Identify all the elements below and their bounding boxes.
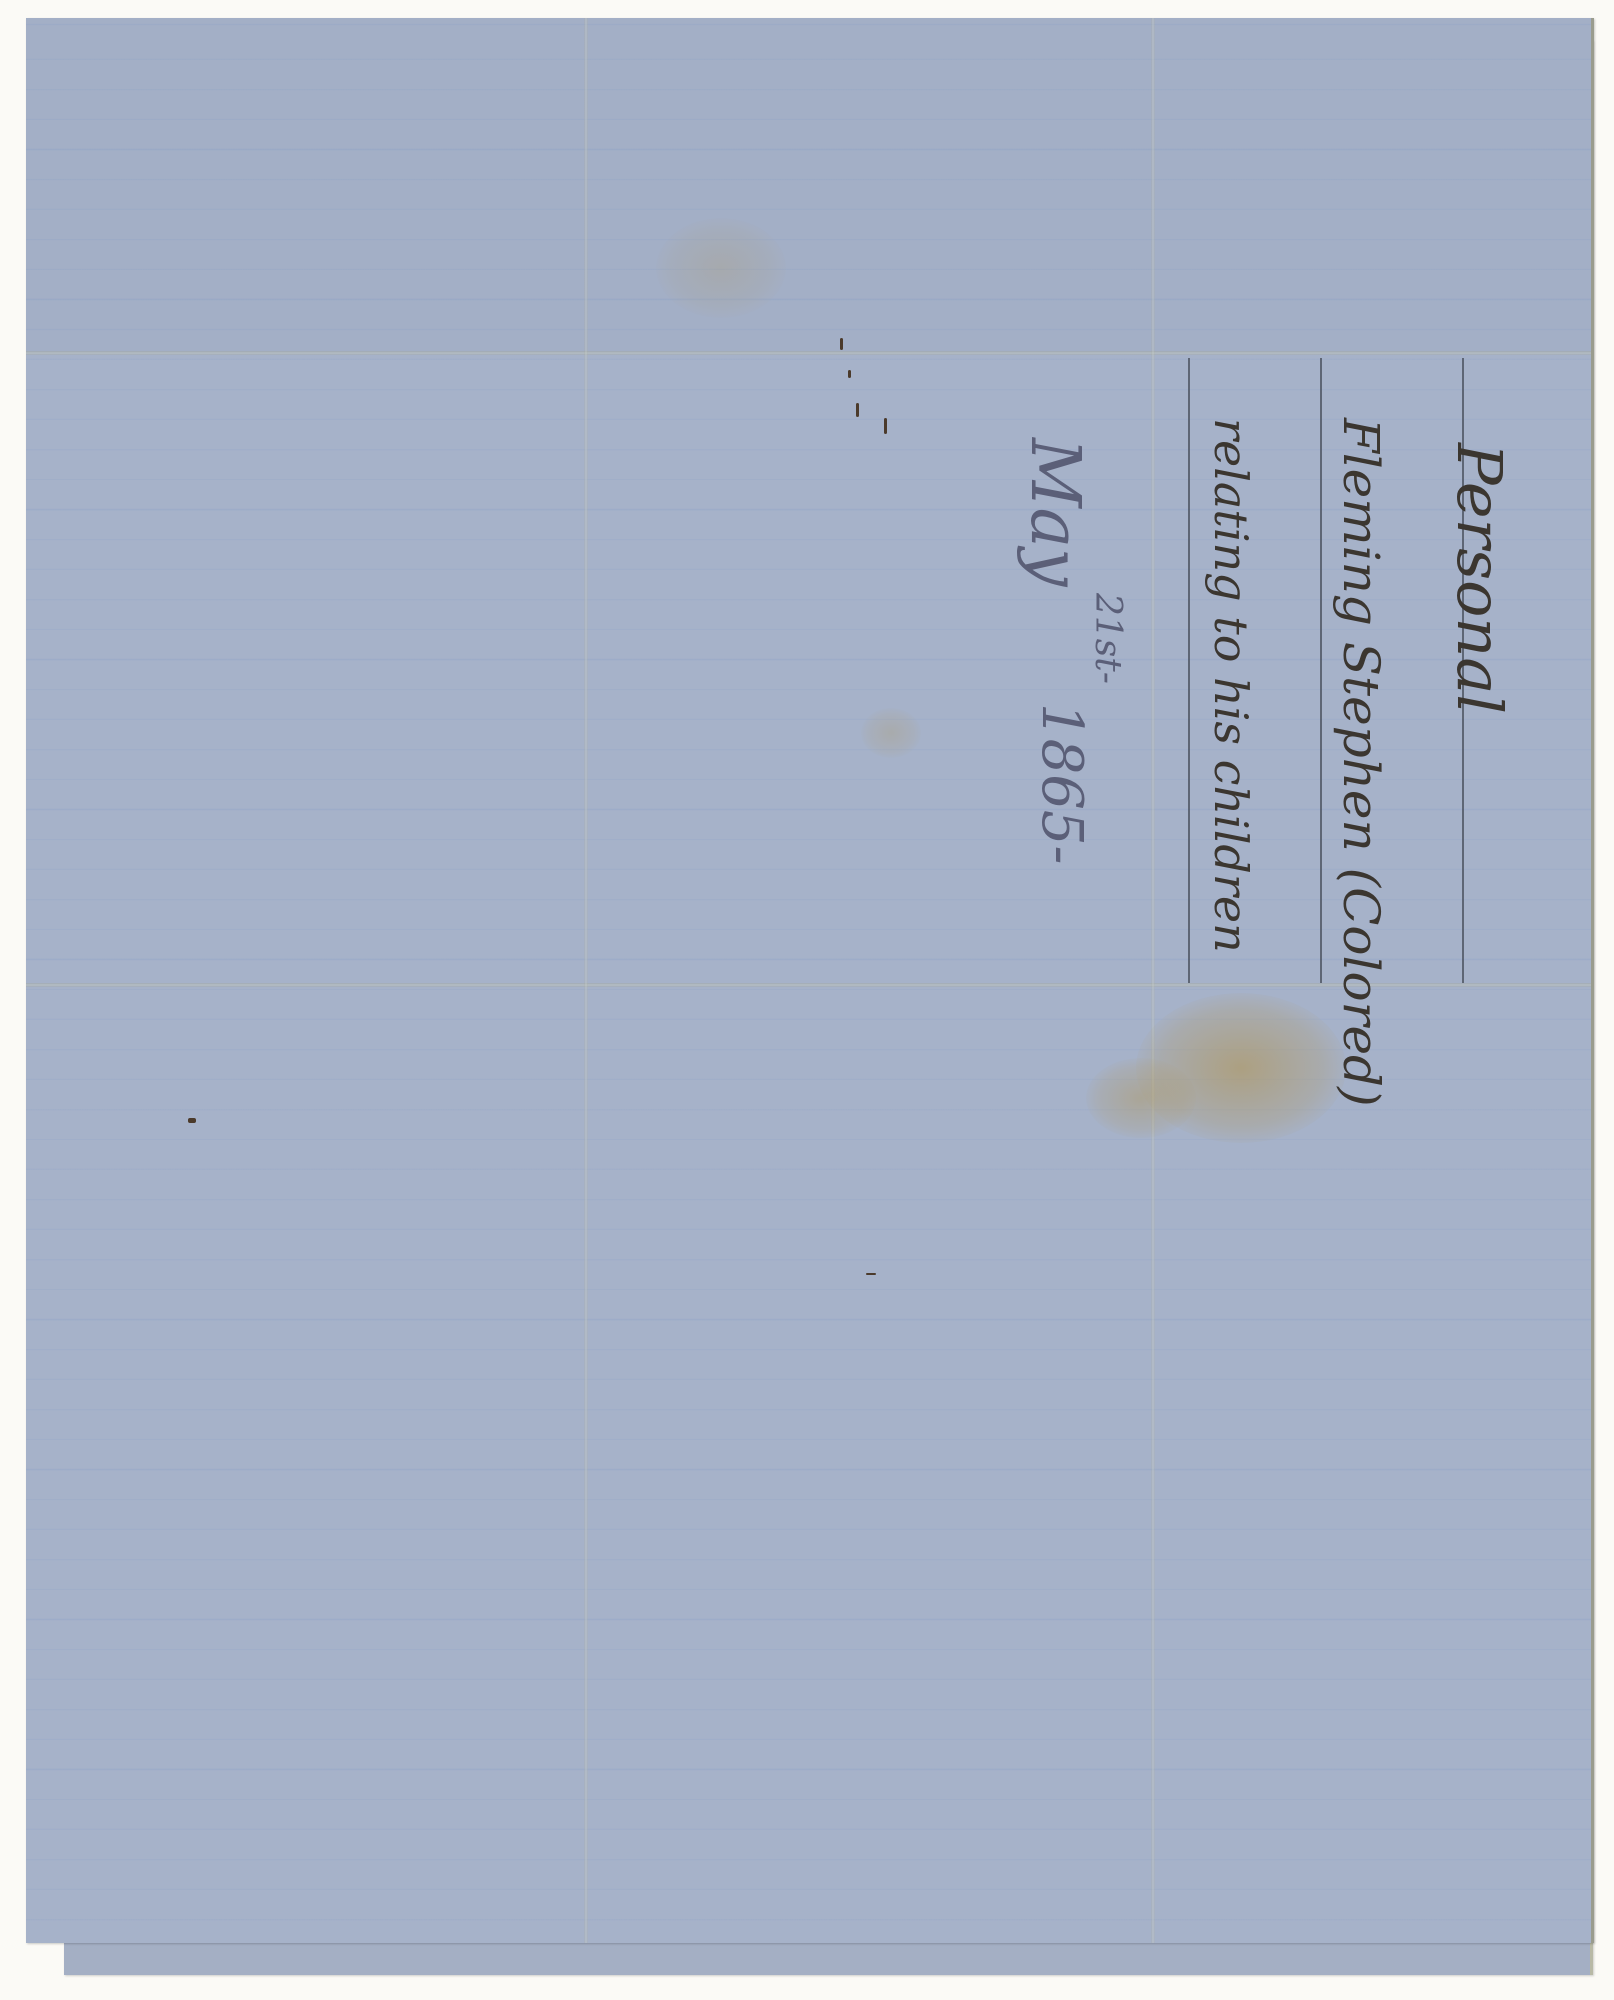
water-stain-small: [1086, 1058, 1196, 1138]
faint-stain-top: [656, 218, 786, 318]
ink-speck: [840, 338, 843, 350]
docket-rule-left: [1188, 358, 1190, 983]
docket-line-subject: relating to his children: [1204, 418, 1258, 953]
docket-rule-middle: [1320, 358, 1322, 983]
docket-date-day: 21st-: [1087, 593, 1128, 684]
docket-date-month: May: [1015, 438, 1094, 587]
fold-line-vertical-right: [1151, 18, 1155, 1943]
ink-speck: [848, 370, 851, 378]
faint-stain-mid: [861, 708, 921, 758]
ink-speck: [866, 1273, 876, 1275]
ink-speck: [884, 418, 887, 434]
docket-line-personal: Personal: [1443, 443, 1516, 714]
ink-speck: [856, 403, 859, 417]
docket-line-name: Fleming Stephen (Colored): [1332, 418, 1390, 1107]
ink-speck: [188, 1118, 196, 1123]
fold-line-upper: [26, 351, 1591, 355]
scan-stage: Personal Fleming Stephen (Colored) relat…: [0, 0, 1614, 2000]
fold-line-vertical-left: [584, 18, 588, 1943]
docket-date-year: 1865-: [1029, 703, 1094, 864]
top-panel: [26, 18, 1591, 353]
letter-sheet: Personal Fleming Stephen (Colored) relat…: [26, 18, 1594, 1943]
